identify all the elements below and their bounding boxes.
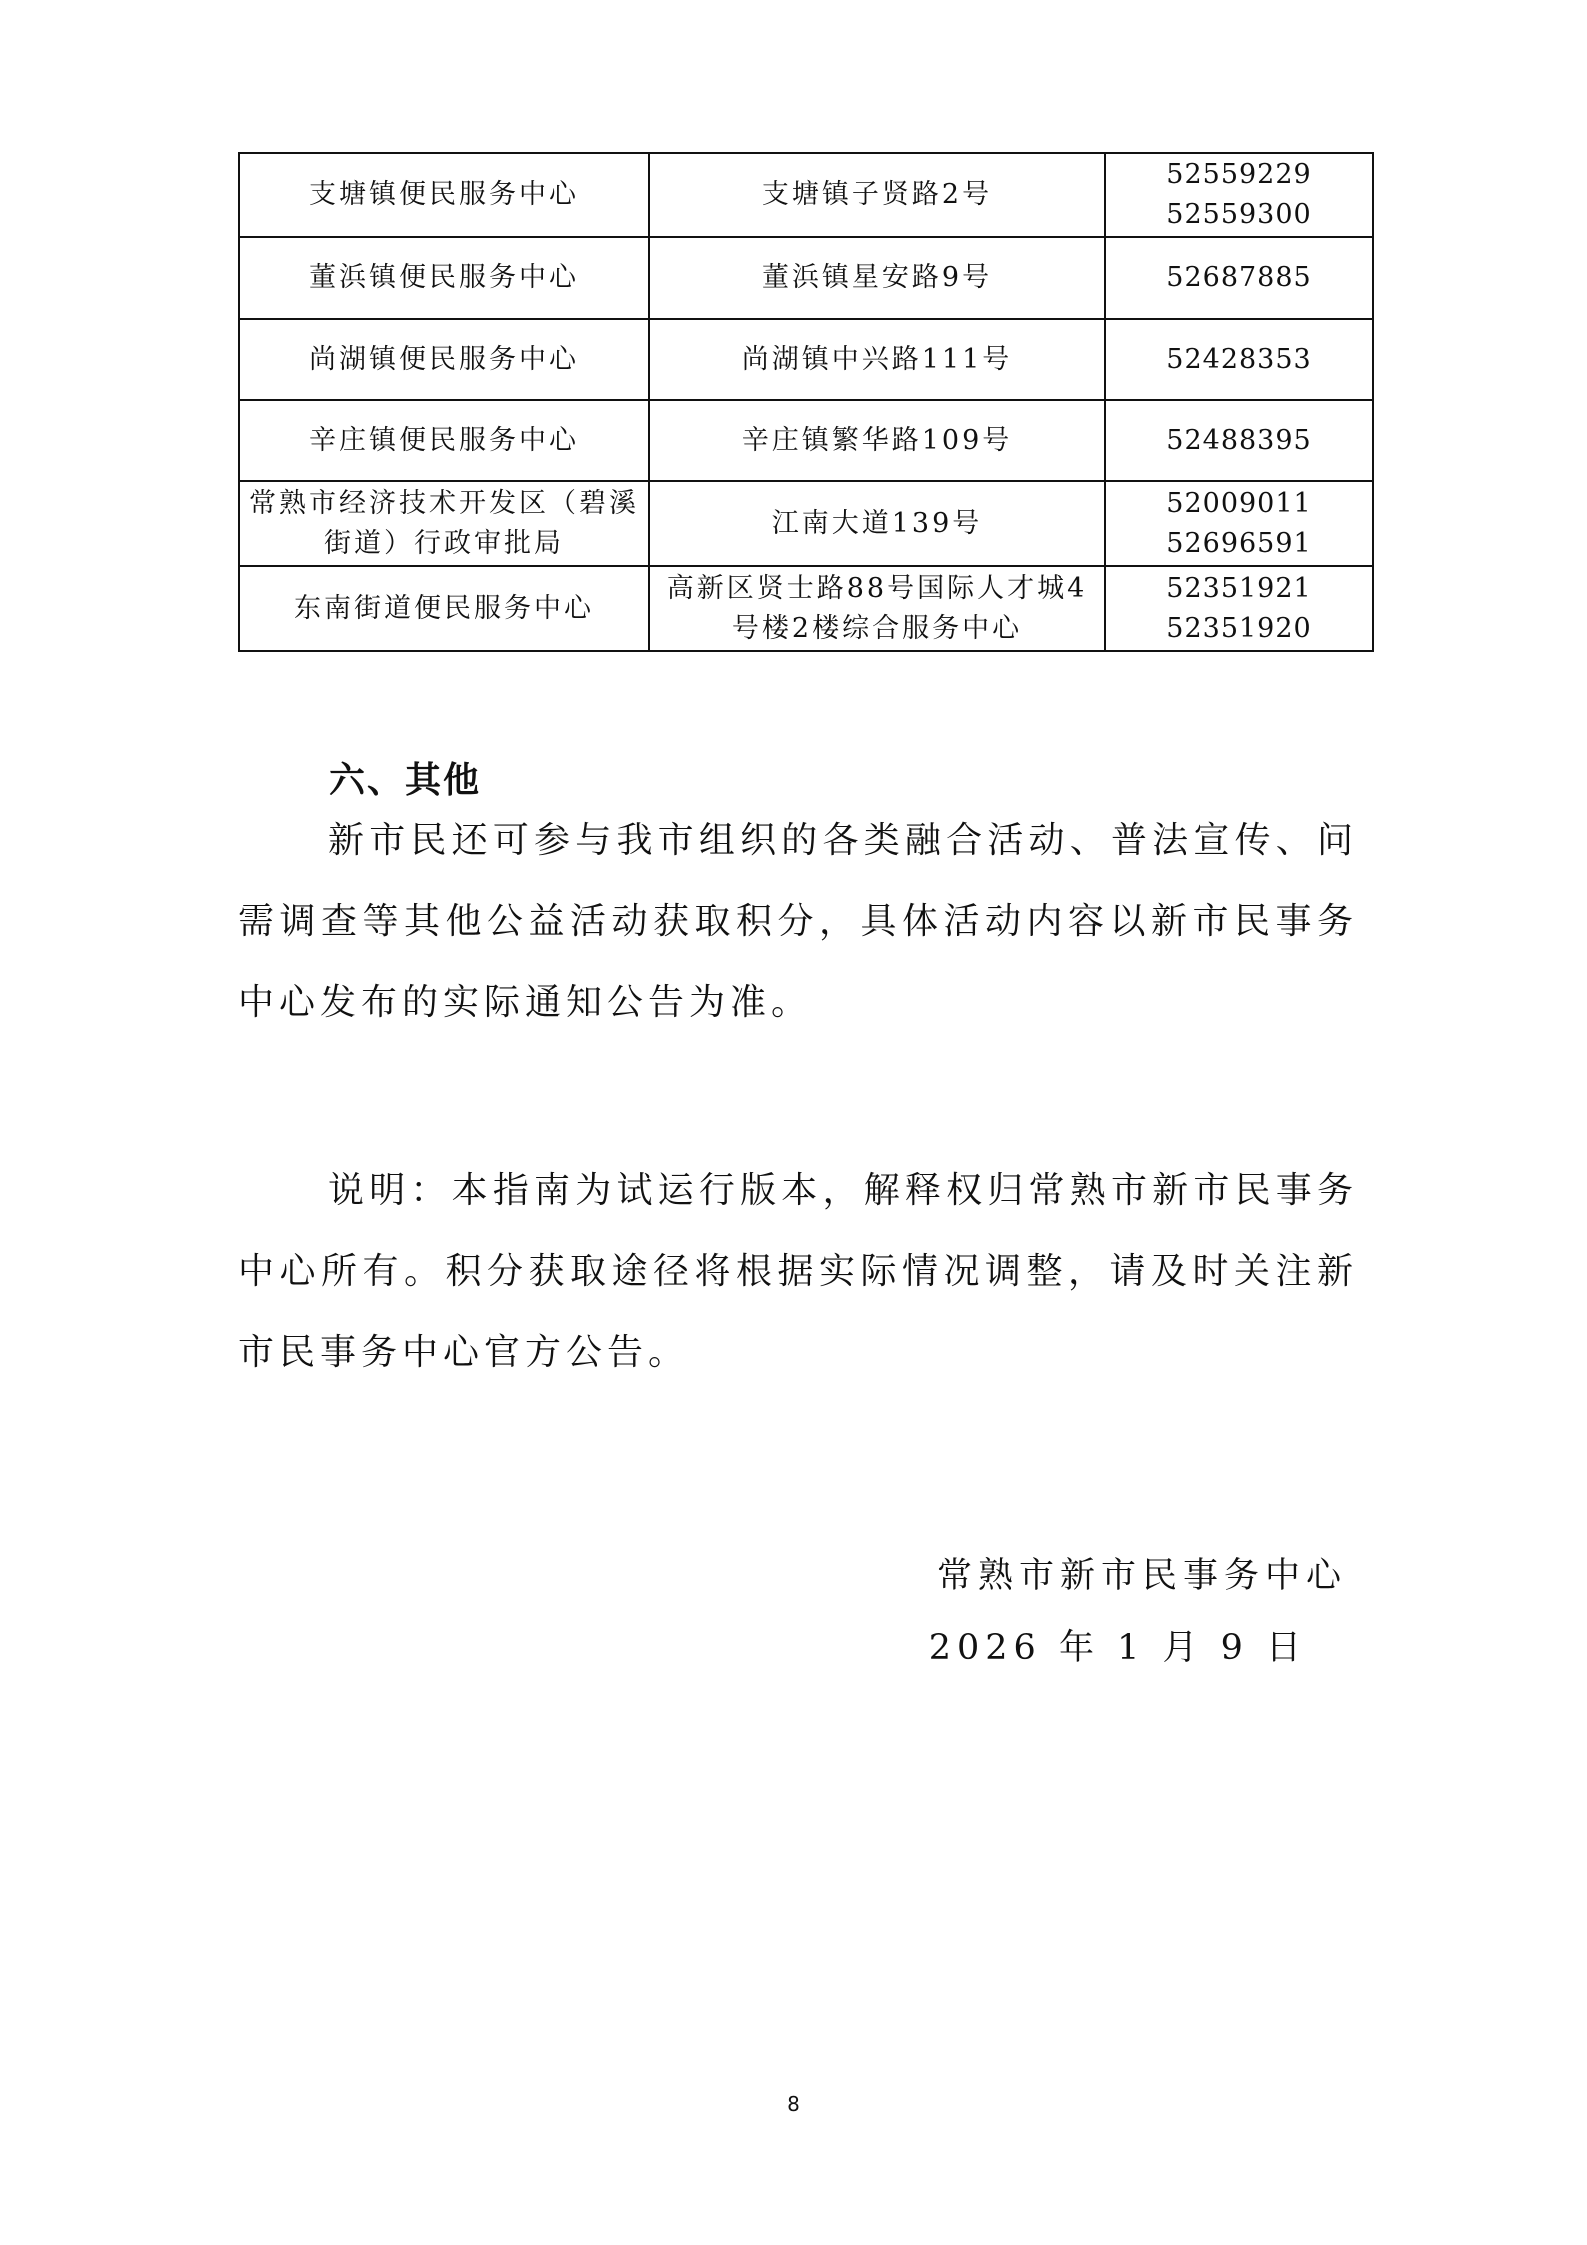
center-phone: 52009011 52696591 [1105, 481, 1373, 566]
phone-number: 52428353 [1112, 340, 1366, 380]
center-phone: 52488395 [1105, 400, 1373, 481]
center-address: 辛庄镇繁华路109号 [649, 400, 1105, 481]
page-number: 8 [0, 2092, 1587, 2116]
table-row: 东南街道便民服务中心 高新区贤士路88号国际人才城4号楼2楼综合服务中心 523… [239, 566, 1373, 651]
table-row: 辛庄镇便民服务中心 辛庄镇繁华路109号 52488395 [239, 400, 1373, 481]
center-address: 尚湖镇中兴路111号 [649, 319, 1105, 400]
section-body: 新市民还可参与我市组织的各类融合活动、普法宣传、问需调查等其他公益活动获取积分，… [238, 800, 1358, 1043]
section-heading: 六、其他 [329, 752, 481, 803]
phone-number: 52351920 [1112, 609, 1366, 649]
center-phone: 52351921 52351920 [1105, 566, 1373, 651]
phone-number: 52687885 [1112, 258, 1366, 298]
center-name: 尚湖镇便民服务中心 [239, 319, 649, 400]
phone-number: 52351921 [1112, 569, 1366, 609]
center-phone: 52559229 52559300 [1105, 153, 1373, 237]
phone-number: 52696591 [1112, 524, 1366, 564]
phone-number: 52009011 [1112, 484, 1366, 524]
phone-number: 52559229 [1112, 155, 1366, 195]
table-row: 支塘镇便民服务中心 支塘镇子贤路2号 52559229 52559300 [239, 153, 1373, 237]
center-name: 东南街道便民服务中心 [239, 566, 649, 651]
note-paragraph: 说明：本指南为试运行版本，解释权归常熟市新市民事务中心所有。积分获取途径将根据实… [238, 1150, 1358, 1393]
signature-organization: 常熟市新市民事务中心 [937, 1548, 1347, 1598]
center-address: 江南大道139号 [649, 481, 1105, 566]
table-row: 尚湖镇便民服务中心 尚湖镇中兴路111号 52428353 [239, 319, 1373, 400]
center-phone: 52687885 [1105, 237, 1373, 319]
table-row: 董浜镇便民服务中心 董浜镇星安路9号 52687885 [239, 237, 1373, 319]
center-address: 支塘镇子贤路2号 [649, 153, 1105, 237]
phone-number: 52559300 [1112, 195, 1366, 235]
center-address: 董浜镇星安路9号 [649, 237, 1105, 319]
signature-date: 2026 年 1 月 9 日 [929, 1620, 1307, 1670]
center-name: 辛庄镇便民服务中心 [239, 400, 649, 481]
service-center-table: 支塘镇便民服务中心 支塘镇子贤路2号 52559229 52559300 董浜镇… [238, 152, 1374, 652]
center-name: 支塘镇便民服务中心 [239, 153, 649, 237]
table-row: 常熟市经济技术开发区（碧溪街道）行政审批局 江南大道139号 52009011 … [239, 481, 1373, 566]
center-phone: 52428353 [1105, 319, 1373, 400]
center-name: 董浜镇便民服务中心 [239, 237, 649, 319]
center-name: 常熟市经济技术开发区（碧溪街道）行政审批局 [239, 481, 649, 566]
phone-number: 52488395 [1112, 421, 1366, 461]
center-address: 高新区贤士路88号国际人才城4号楼2楼综合服务中心 [649, 566, 1105, 651]
